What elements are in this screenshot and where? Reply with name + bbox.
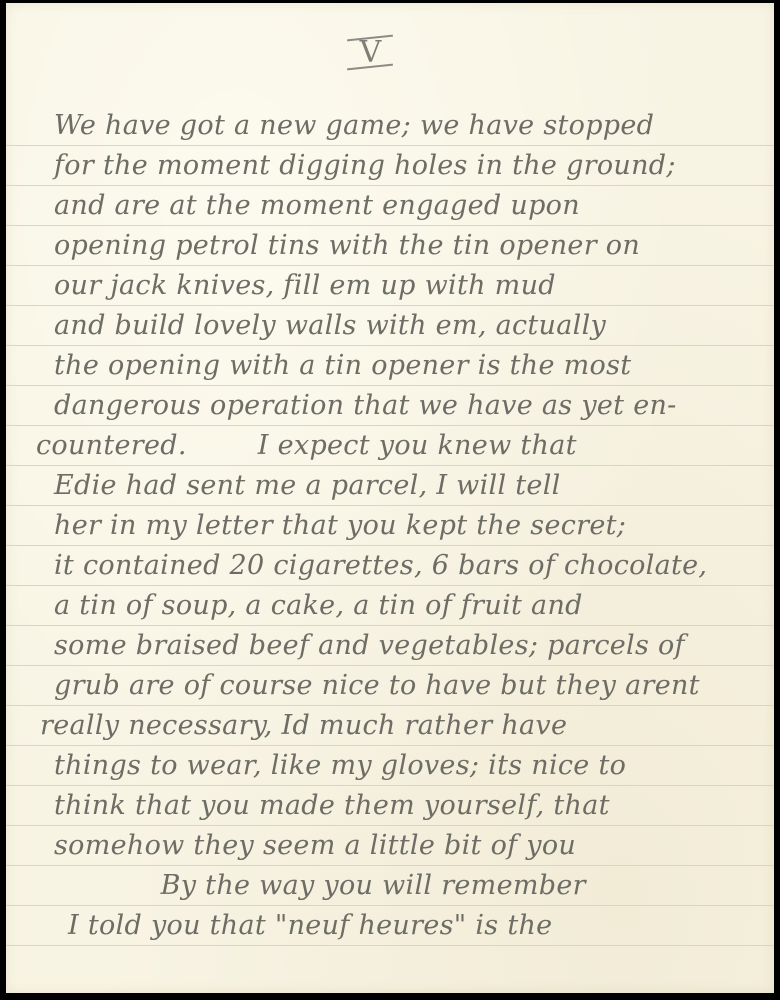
text-line: really necessary, Id much rather have [40, 706, 567, 746]
text-line: it contained 20 cigarettes, 6 bars of ch… [54, 546, 707, 586]
text-line: grub are of course nice to have but they… [54, 666, 700, 706]
text-line: and are at the moment engaged upon [54, 186, 580, 226]
text-line: our jack knives, fill em up with mud [54, 266, 556, 306]
text-line: and build lovely walls with em, actually [54, 306, 606, 346]
text-line: things to wear, like my gloves; its nice… [54, 746, 626, 786]
text-line: some braised beef and vegetables; parcel… [54, 626, 685, 666]
text-line: dangerous operation that we have as yet … [54, 386, 677, 426]
text-line: By the way you will remember [54, 866, 586, 906]
text-line: for the moment digging holes in the grou… [54, 146, 676, 186]
text-line: Edie had sent me a parcel, I will tell [54, 466, 561, 506]
text-line: countered. I expect you knew that [36, 426, 577, 466]
text-line: her in my letter that you kept the secre… [54, 506, 626, 546]
text-line: I told you that "neuf heures" is the [68, 906, 552, 946]
text-line: the opening with a tin opener is the mos… [54, 346, 631, 386]
page-number-heading: V [341, 35, 401, 70]
text-line: a tin of soup, a cake, a tin of fruit an… [54, 586, 583, 626]
text-line: We have got a new game; we have stopped [54, 106, 654, 146]
text-line: opening petrol tins with the tin opener … [54, 226, 640, 266]
letter-page: V We have got a new game; we have stoppe… [6, 3, 774, 993]
text-line: think that you made them yourself, that [54, 786, 610, 826]
text-line: somehow they seem a little bit of you [54, 826, 576, 866]
